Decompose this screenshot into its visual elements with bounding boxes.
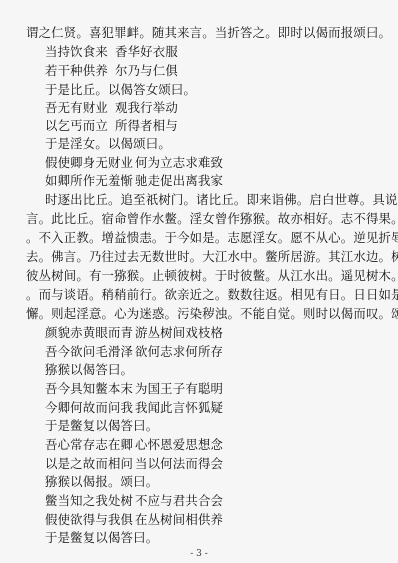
verse-first-half: 颜貌赤黄眼而青 (45, 325, 135, 341)
verse-second-half: 欲何志求何所存 (135, 344, 223, 360)
prose-line: 言。此比丘。宿命曾作水鳖。淫女曾作猕猴。故亦相好。志不得果。还自侵欺 (26, 211, 366, 227)
verse-first-half: 吾今具知鳖本末 (45, 381, 135, 397)
verse-couplet: 以是之故而相问当以何法而得会 (45, 456, 223, 472)
verse-intro-line: 猕猴以偈报。颂曰。 (45, 474, 158, 490)
verse-first-half: 假使卿身无财业 (45, 155, 135, 171)
verse-intro-line: 于是淫女。以偈颂曰。 (45, 136, 171, 152)
verse-couplet: 吾今欲问毛滑泽欲何志求何所存 (45, 344, 223, 360)
verse-couplet: 今卿何故而问我我闻此言怀狐疑 (45, 400, 223, 416)
verse-couplet: 当持饮食来香华好衣服 (45, 44, 178, 60)
verse-first-half: 今卿何故而问我 (45, 400, 135, 416)
verse-couplet: 假使卿身无财业何为立志求难致 (45, 155, 223, 171)
verse-intro-line: 于是比丘。以偈答女颂曰。 (45, 82, 196, 98)
verse-second-half: 香华好衣服 (115, 44, 178, 60)
verse-second-half: 在丛树间相供养 (135, 512, 223, 528)
verse-second-half: 尔乃与仁俱 (115, 63, 178, 79)
verse-second-half: 不应与君共合会 (135, 493, 223, 509)
verse-couplet: 鳖当知之我处树不应与君共合会 (45, 493, 223, 509)
verse-first-half: 鳖当知之我处树 (45, 493, 135, 509)
verse-first-half: 当持饮食来 (45, 44, 115, 60)
verse-second-half: 驰走促出离我家 (135, 173, 223, 189)
verse-first-half: 若干种供养 (45, 63, 115, 79)
prose-line: 。不入正教。增益愦恚。于今如是。志愿淫女。愿不从心。逆见折辱。惭愧而 (26, 230, 366, 246)
verse-couplet: 吾心常存志在卿心怀恩爱思想念 (45, 437, 223, 453)
verse-intro-line: 于是鳖复以偈答曰。 (45, 530, 158, 546)
prose-line: 谓之仁贤。喜犯罪衅。随其来言。当折答之。即时以偈而报颂曰。 (26, 25, 366, 41)
verse-couplet: 吾无有财业观我行举动 (45, 100, 178, 116)
verse-first-half: 吾心常存志在卿 (45, 437, 135, 453)
document-page: 谓之仁贤。喜犯罪衅。随其来言。当折答之。即时以偈而报颂曰。 当持饮食来香华好衣服… (0, 0, 398, 563)
verse-intro-line: 猕猴以偈答曰。 (45, 362, 133, 378)
page-number: - 3 - (0, 549, 398, 559)
verse-couplet: 吾今具知鳖本末为国王子有聪明 (45, 381, 223, 397)
verse-second-half: 观我行举动 (115, 100, 178, 116)
prose-line: 去。佛言。乃往过去无数世时。大江水中。鳖所居游。其江水边。树木炽盛。 (26, 249, 366, 265)
verse-first-half: 如卿所作无羞惭 (45, 173, 135, 189)
verse-second-half: 我闻此言怀狐疑 (135, 400, 223, 416)
verse-intro-line: 于是鳖复以偈答曰。 (45, 418, 158, 434)
verse-couplet: 以乞丐而立所得者相与 (45, 118, 178, 134)
prose-line: 时逐出比丘。追至祇树门。诸比丘。即来诣佛。启白世尊。具说本末。佛 (45, 192, 398, 208)
verse-couplet: 颜貌赤黄眼而青游丛树间戏枝格 (45, 325, 223, 341)
verse-second-half: 何为立志求难致 (135, 155, 223, 171)
prose-line: 懈。则起淫意。心为迷惑。污染秽浊。不能自觉。则时以偈而叹。颂曰。 (26, 306, 366, 322)
verse-first-half: 以是之故而相问 (45, 456, 135, 472)
verse-first-half: 吾无有财业 (45, 100, 115, 116)
verse-second-half: 当以何法而得会 (135, 456, 223, 472)
verse-first-half: 假使欲得与我俱 (45, 512, 135, 528)
verse-second-half: 所得者相与 (115, 118, 178, 134)
prose-line: 彼丛树间。有一猕猴。止顿彼树。于时彼鳖。从江水出。遥见树木。有此猕猴 (26, 268, 366, 284)
verse-second-half: 游丛树间戏枝格 (135, 325, 223, 341)
verse-second-half: 心怀恩爱思想念 (135, 437, 223, 453)
verse-first-half: 以乞丐而立 (45, 118, 115, 134)
verse-couplet: 如卿所作无羞惭驰走促出离我家 (45, 173, 223, 189)
verse-first-half: 吾今欲问毛滑泽 (45, 344, 135, 360)
verse-couplet: 若干种供养尔乃与仁俱 (45, 63, 178, 79)
prose-line: 。而与谈语。稍稍前行。欲亲近之。数数往返。相见有日。日日如是。睹之不 (26, 287, 366, 303)
verse-second-half: 为国王子有聪明 (135, 381, 223, 397)
verse-couplet: 假使欲得与我俱在丛树间相供养 (45, 512, 223, 528)
